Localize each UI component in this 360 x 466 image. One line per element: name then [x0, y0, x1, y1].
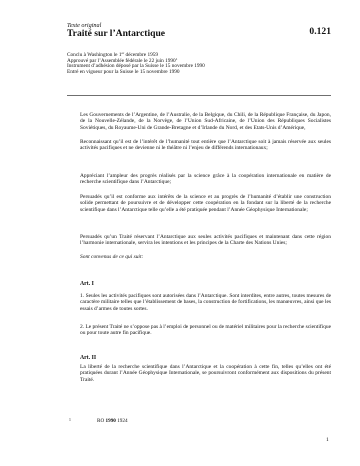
meta-entry-into-force: Entré en vigueur pour la Suisse le 15 no… [67, 70, 205, 76]
treaty-metadata: Conclu à Washington le 1er décembre 1959… [67, 53, 205, 75]
preamble-parties: Les Gouvernements de l’Argentine, de l’A… [80, 112, 331, 131]
article-2-heading: Art. II [80, 355, 96, 362]
footnote-number: 1 [69, 418, 71, 423]
preamble-convinced-2: Persuadés qu’un Traité réservant l’Antar… [80, 234, 331, 247]
document-page: Texte original Traité sur l’Antarctique … [0, 0, 360, 466]
footnote-text: RO 1990 1924 [97, 418, 128, 424]
preamble-recognizing: Reconnaissant qu’il est de l’intérêt de … [80, 139, 331, 152]
article-1-heading: Art. I [80, 281, 94, 288]
article-2-paragraph-1: La liberté de la recherche scientifique … [80, 364, 331, 383]
preamble-convinced-1: Persuadés qu’il est conforme aux intérêt… [80, 194, 331, 213]
article-1-paragraph-2: 2. Le présent Traité ne s’oppose pas à l… [80, 324, 331, 337]
preamble-appreciating: Appréciant l’ampleur des progrès réalisé… [80, 173, 331, 186]
article-1-paragraph-1: 1. Seules les activités pacifiques sont … [80, 293, 331, 312]
sr-number: 0.121 [309, 26, 331, 37]
footnote-ref[interactable]: 1 [176, 57, 178, 61]
header-divider [67, 95, 331, 96]
document-title: Traité sur l’Antarctique [67, 28, 165, 39]
page-number: 1 [326, 437, 329, 443]
preamble-agreed: Sont convenus de ce qui suit: [80, 254, 331, 260]
